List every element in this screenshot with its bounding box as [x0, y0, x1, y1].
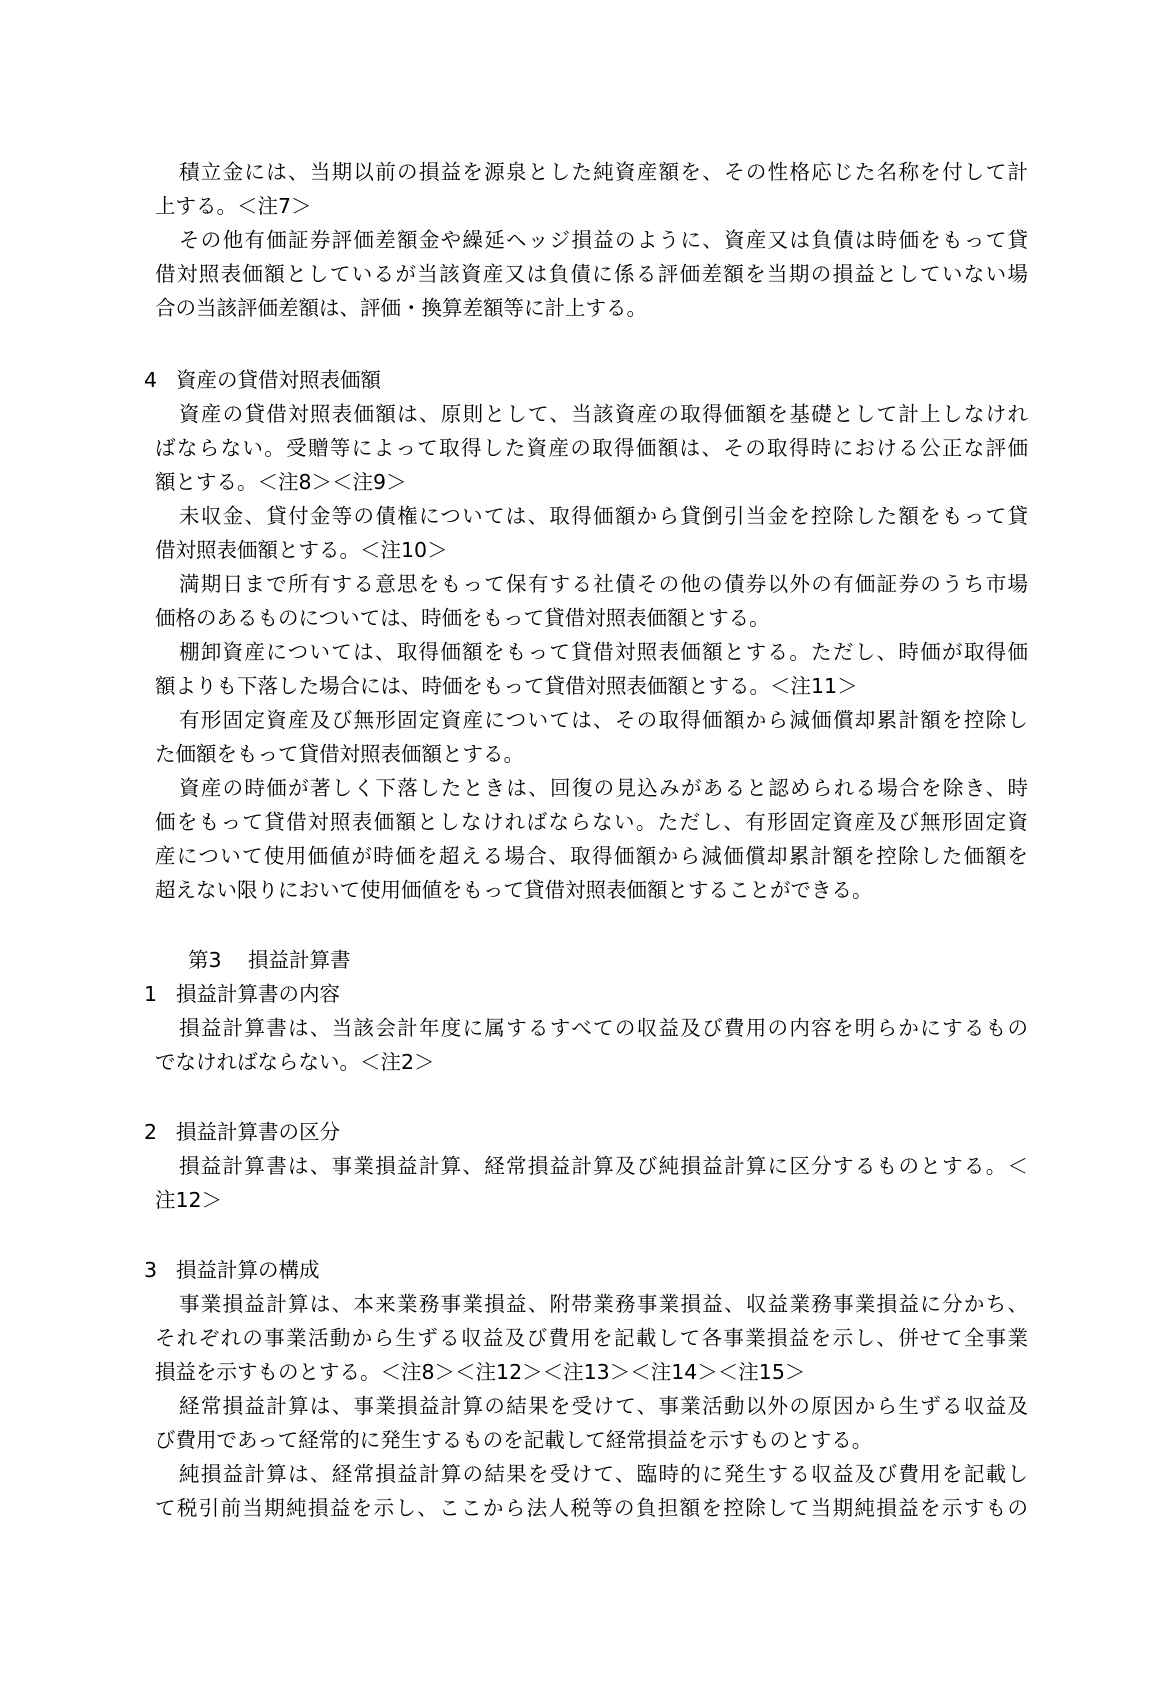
paragraph-line: 借対照表価額とする。＜注10＞	[155, 535, 1028, 565]
paragraph-line: 有形固定資産及び無形固定資産については、その取得価額から減価償却累計額を控除し	[179, 705, 1028, 735]
paragraph-line: た価額をもって貸借対照表価額とする。	[155, 739, 1028, 769]
section-heading-2: 2損益計算書の区分	[144, 1117, 744, 1147]
section-title: 損益計算の構成	[176, 1258, 320, 1282]
section-title: 損益計算書の内容	[176, 982, 340, 1006]
paragraph-line: でなければならない。＜注2＞	[155, 1047, 1028, 1077]
chapter-heading: 第3損益計算書	[188, 945, 788, 975]
paragraph-line: 未収金、貸付金等の債権については、取得価額から貸倒引当金を控除した額をもって貸	[179, 501, 1028, 531]
paragraph-line: 産について使用価値が時価を超える場合、取得価額から減価償却累計額を控除した価額を	[155, 841, 1028, 871]
paragraph-line: 超えない限りにおいて使用価値をもって貸借対照表価額とすることができる。	[155, 875, 1028, 905]
paragraph-line: 上する。＜注7＞	[155, 191, 1028, 221]
paragraph-line: 額とする。＜注8＞＜注9＞	[155, 467, 1028, 497]
paragraph-line: 価をもって貸借対照表価額としなければならない。ただし、有形固定資産及び無形固定資	[155, 807, 1028, 837]
paragraph-line: 注12＞	[155, 1185, 1028, 1215]
paragraph-line: 資産の貸借対照表価額は、原則として、当該資産の取得価額を基礎として計上しなけれ	[179, 399, 1028, 429]
section-number: 4	[144, 365, 176, 395]
section-title: 資産の貸借対照表価額	[176, 368, 381, 392]
section-heading-1: 1損益計算書の内容	[144, 979, 744, 1009]
section-heading-3: 3損益計算の構成	[144, 1255, 744, 1285]
paragraph-line: それぞれの事業活動から生ずる収益及び費用を記載して各事業損益を示し、併せて全事業	[155, 1323, 1028, 1353]
paragraph-line: 価格のあるものについては、時価をもって貸借対照表価額とする。	[155, 603, 1028, 633]
paragraph-line: 資産の時価が著しく下落したときは、回復の見込みがあると認められる場合を除き、時	[179, 773, 1028, 803]
chapter-number: 第3	[188, 945, 248, 975]
chapter-title: 損益計算書	[248, 948, 351, 972]
paragraph-line: ばならない。受贈等によって取得した資産の取得価額は、その取得時における公正な評価	[155, 433, 1028, 463]
paragraph-line: 棚卸資産については、取得価額をもって貸借対照表価額とする。ただし、時価が取得価	[179, 637, 1028, 667]
section-title: 損益計算書の区分	[176, 1120, 340, 1144]
paragraph-line: 合の当該評価差額は、評価・換算差額等に計上する。	[155, 293, 1028, 323]
paragraph-line: 経常損益計算は、事業損益計算の結果を受けて、事業活動以外の原因から生ずる収益及	[179, 1391, 1028, 1421]
paragraph-line: 損益計算書は、事業損益計算、経常損益計算及び純損益計算に区分するものとする。＜	[179, 1151, 1028, 1181]
document-page: 積立金には、当期以前の損益を源泉とした純資産額を、その性格応じた名称を付して計 …	[0, 0, 1166, 1694]
paragraph-line: 満期日まで所有する意思をもって保有する社債その他の債券以外の有価証券のうち市場	[179, 569, 1028, 599]
section-heading-4: 4資産の貸借対照表価額	[144, 365, 744, 395]
paragraph-line: て税引前当期純損益を示し、ここから法人税等の負担額を控除して当期純損益を示すもの	[155, 1493, 1028, 1523]
paragraph-line: その他有価証券評価差額金や繰延ヘッジ損益のように、資産又は負債は時価をもって貸	[179, 225, 1028, 255]
section-number: 3	[144, 1255, 176, 1285]
paragraph-line: 純損益計算は、経常損益計算の結果を受けて、臨時的に発生する収益及び費用を記載し	[179, 1459, 1028, 1489]
paragraph-line: 額よりも下落した場合には、時価をもって貸借対照表価額とする。＜注11＞	[155, 671, 1028, 701]
paragraph-line: 損益計算書は、当該会計年度に属するすべての収益及び費用の内容を明らかにするもの	[179, 1013, 1028, 1043]
paragraph-line: 積立金には、当期以前の損益を源泉とした純資産額を、その性格応じた名称を付して計	[179, 157, 1028, 187]
section-number: 1	[144, 979, 176, 1009]
section-number: 2	[144, 1117, 176, 1147]
paragraph-line: 損益を示すものとする。＜注8＞＜注12＞＜注13＞＜注14＞＜注15＞	[155, 1357, 1028, 1387]
paragraph-line: 事業損益計算は、本来業務事業損益、附帯業務事業損益、収益業務事業損益に分かち、	[179, 1289, 1028, 1319]
paragraph-line: 借対照表価額としているが当該資産又は負債に係る評価差額を当期の損益としていない場	[155, 259, 1028, 289]
paragraph-line: び費用であって経常的に発生するものを記載して経常損益を示すものとする。	[155, 1425, 1028, 1455]
